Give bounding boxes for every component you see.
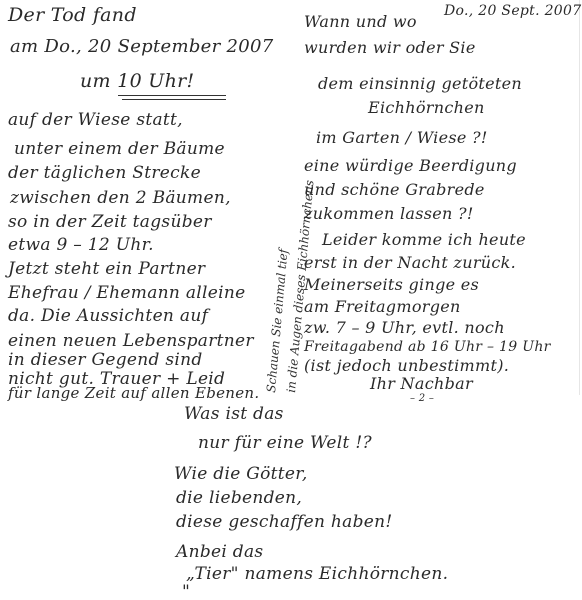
right-line: zukommen lassen ?! [304,206,474,222]
left-line: zwischen den 2 Bäumen, [10,190,231,207]
right-line: und schöne Grabrede [304,182,485,198]
right-line: wurden wir oder Sie [304,40,476,56]
underline [118,95,226,96]
right-line: Freitagabend ab 16 Uhr – 19 Uhr [304,340,551,354]
right-line: dem einsinnig getöteten [318,76,522,92]
left-line: für lange Zeit auf allen Ebenen. [8,386,259,401]
left-line: der täglichen Strecke [8,165,201,182]
verse-line: die liebenden, [176,490,302,507]
right-line: am Freitagmorgen [304,299,461,315]
right-line: Wann und wo [304,14,417,30]
right-line: Eichhörnchen [368,100,485,116]
right-line: Leider komme ich heute [322,232,526,248]
verse-line: „Tier" namens Eichhörnchen. [186,566,448,583]
verse-line: Wie die Götter, [174,466,308,483]
right-line: (ist jedoch unbestimmt). [304,358,509,374]
left-line: einen neuen Lebenspartner [8,333,254,350]
page-mark: – 2 – [410,394,434,404]
handwritten-letter-page: Der Tod fand am Do., 20 September 2007 u… [0,0,582,600]
underline [122,99,226,100]
left-line: am Do., 20 September 2007 [10,38,274,56]
left-line: so in der Zeit tagsüber [8,214,212,231]
left-line: auf der Wiese statt, [8,112,183,129]
verse-line: diese geschaffen haben! [176,514,393,531]
paper-edge [579,0,580,395]
signature: Ihr Nachbar [370,376,473,392]
right-line: erst in der Nacht zurück. [304,255,516,271]
left-line: unter einem der Bäume [14,141,225,158]
left-line: in dieser Gegend sind [8,352,203,369]
left-line: da. Die Aussichten auf [8,308,208,325]
right-line: zw. 7 – 9 Uhr, evtl. noch [304,320,505,336]
left-line: Jetzt steht ein Partner [8,261,205,278]
left-line: Ehefrau / Ehemann alleine [8,285,245,302]
right-line: eine würdige Beerdigung [304,158,517,174]
right-line: im Garten / Wiese ?! [316,130,488,146]
verse-line: nur für eine Welt !? [198,435,372,452]
right-line: Meinerseits ginge es [304,277,479,293]
verse-line: Anbei das [176,544,263,561]
letter-date: Do., 20 Sept. 2007 [444,4,581,18]
left-line: etwa 9 – 12 Uhr. [8,237,154,254]
verse-line: " [182,584,190,600]
left-line: Der Tod fand [8,6,137,25]
verse-line: Was ist das [184,406,284,423]
left-line-emphasis: um 10 Uhr! [80,72,194,91]
